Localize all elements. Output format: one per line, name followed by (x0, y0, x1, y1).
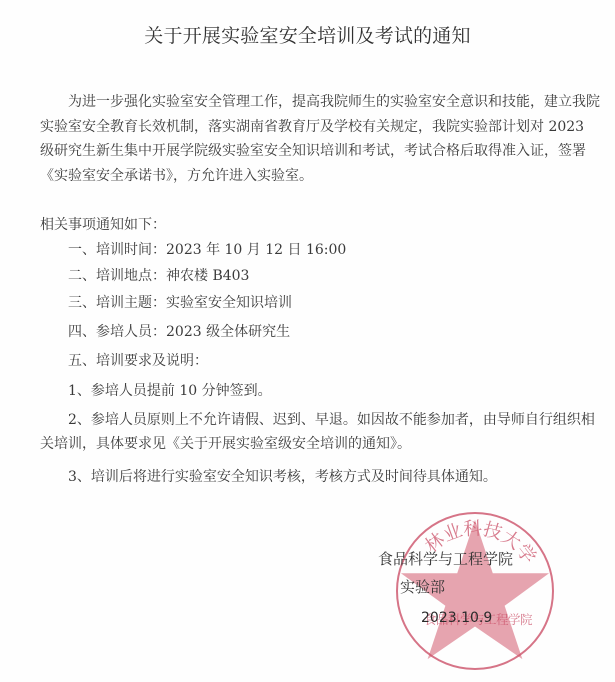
requirement-2: 2、参培人员原则上不允许请假、迟到、早退。如因故不能参加者，由导师自行组织相关培… (40, 408, 600, 456)
item-training-time: 一、培训时间：2023 年 10 月 12 日 16:00 (68, 239, 346, 259)
item-training-location: 二、培训地点：神农楼 B403 (68, 265, 249, 285)
document-title: 关于开展实验室安全培训及考试的通知 (0, 21, 615, 48)
item-training-topic: 三、培训主题：实验室安全知识培训 (68, 292, 292, 312)
signature-date: 2023.10.9 (421, 610, 492, 626)
notice-lead: 相关事项通知如下： (40, 214, 166, 234)
requirement-3: 3、培训后将进行实验室安全知识考核，考核方式及时间待具体通知。 (68, 466, 497, 486)
signature-department: 食品科学与工程学院 (378, 548, 513, 569)
item-requirements-heading: 五、培训要求及说明： (68, 350, 208, 370)
requirement-1: 1、参培人员提前 10 分钟签到。 (68, 380, 272, 400)
document-page: 关于开展实验室安全培训及考试的通知 为进一步强化实验室安全管理工作，提高我院师生… (0, 0, 615, 682)
signature-sub-department: 实验部 (400, 576, 445, 597)
intro-paragraph: 为进一步强化实验室安全管理工作，提高我院师生的实验室安全意识和技能，建立我院实验… (40, 90, 600, 188)
item-participants: 四、参培人员：2023 级全体研究生 (68, 321, 290, 341)
